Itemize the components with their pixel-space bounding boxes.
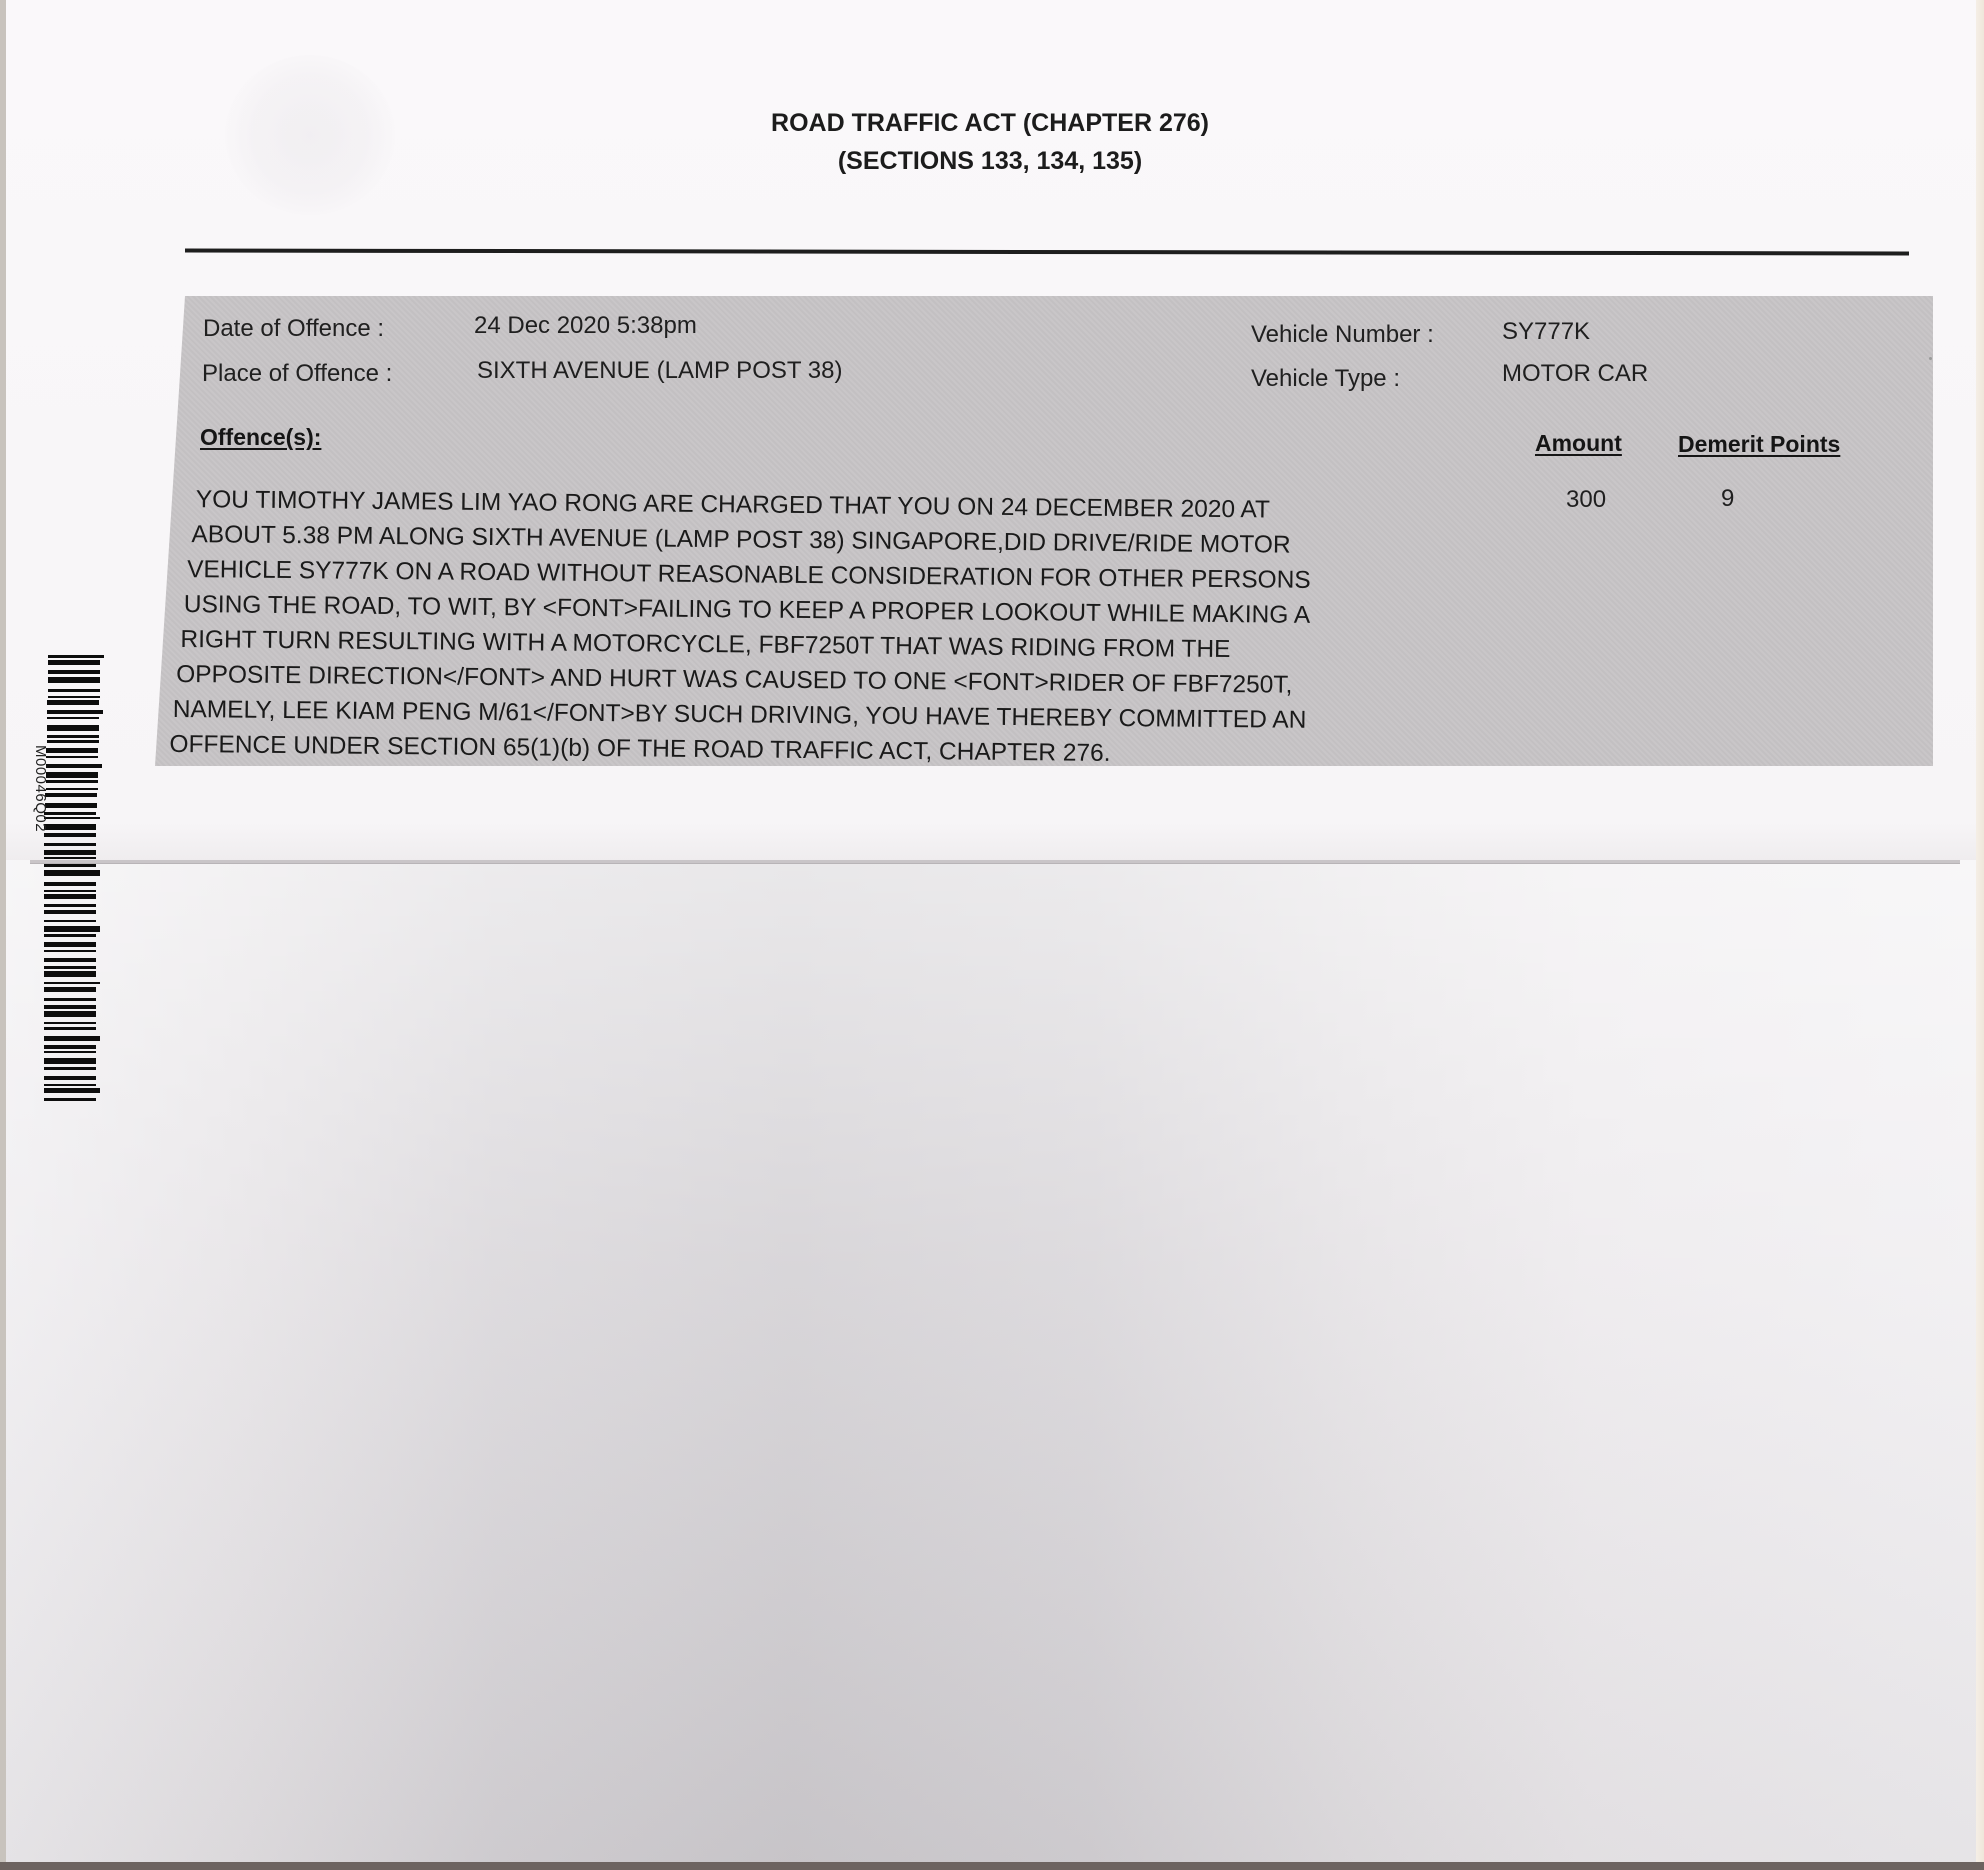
vehicle-number-label: Vehicle Number : [1251,321,1434,349]
barcode-bar [44,833,96,837]
barcode-bar [44,958,96,962]
barcode-bar [44,1067,96,1070]
barcode-bar [44,1011,96,1017]
barcode-bar [48,696,100,698]
vehicle-type-label: Vehicle Type : [1251,365,1400,393]
barcode-bar [44,926,100,932]
barcode-bar [44,843,96,846]
barcode-bar [47,735,99,738]
barcode-bar [44,1022,96,1024]
document-header: ROAD TRAFFIC ACT (CHAPTER 276) (SECTIONS… [680,104,1300,180]
demerit-points-column-header: Demerit Points [1678,431,1840,458]
barcode-bar [48,670,100,674]
barcode-bar [46,780,98,783]
barcode-bar [48,660,100,665]
barcode-bar [47,725,99,731]
place-of-offence-value: SIXTH AVENUE (LAMP POST 38) [477,357,842,385]
barcode-bar [47,700,99,705]
barcode-bar [44,1036,100,1041]
faded-crest-watermark-icon [225,55,395,215]
barcode-bar [46,788,98,790]
barcode-bar [44,894,96,899]
barcode-bar [47,710,103,714]
barcode-bar [44,971,96,977]
document-subtitle: (SECTIONS 133, 134, 135) [680,142,1300,180]
barcode-bar [44,910,96,914]
barcode-bar [44,1076,96,1080]
barcode-bar [44,850,96,855]
barcode-bar [45,793,97,797]
barcode-bar [44,1027,96,1030]
barcode-bar [46,764,102,768]
barcode-bar [44,920,96,922]
fine-amount-value: 300 [1566,486,1606,514]
barcode-bar [44,882,96,886]
barcode-bar [44,966,96,969]
barcode-bar [48,655,104,658]
barcode-bar [45,803,97,808]
page-edge-right [1976,0,1984,1870]
barcode-bar [44,904,96,907]
page-edge-left [0,0,6,1870]
barcode-bar [44,870,100,876]
barcode-bar [48,677,100,683]
barcode-bar [44,998,96,1001]
barcode-bar [44,1045,96,1049]
barcode-bar [44,1098,96,1101]
place-of-offence-label: Place of Offence : [202,360,392,388]
charge-text: YOU TIMOTHY JAMES LIM YAO RONG ARE CHARG… [177,482,1460,774]
barcode-bar [44,1005,96,1009]
barcode-number: M00046Q02 [32,745,49,832]
barcode-bar [44,982,100,984]
barcode-bar [44,950,96,952]
paper-speck [1929,357,1932,360]
page-edge-bottom [0,1862,1984,1870]
barcode-bar [47,717,99,719]
demerit-points-value: 9 [1721,485,1734,513]
barcode-bar [44,857,96,859]
vehicle-number-value: SY777K [1502,318,1590,346]
barcode-bar [44,824,96,830]
date-of-offence-label: Date of Offence : [203,315,384,343]
barcode-bar [44,942,96,947]
barcode-bar [47,740,99,743]
document-title: ROAD TRAFFIC ACT (CHAPTER 276) [680,104,1300,142]
barcode-bar [44,812,96,815]
barcode-bar [44,1084,96,1086]
barcode-bar [46,748,98,753]
date-of-offence-value: 24 Dec 2020 5:38pm [474,312,697,340]
barcode-bar [44,987,96,992]
barcode-bar [44,817,100,819]
offences-heading: Offence(s): [200,424,321,451]
fold-crease [30,860,1960,864]
amount-column-header: Amount [1535,430,1622,457]
barcode-bar [44,934,96,937]
barcode-bar [46,772,98,778]
barcode-bar [46,756,98,758]
folded-lower-section [0,860,1984,1870]
barcode-bar [44,890,96,892]
barcode-icon [44,655,104,1155]
barcode-bar [48,689,100,692]
barcode-bar [44,1051,96,1053]
barcode-bar [44,864,96,867]
barcode-bar [44,1088,100,1093]
barcode-bar [44,1058,96,1064]
vehicle-type-value: MOTOR CAR [1502,360,1648,388]
